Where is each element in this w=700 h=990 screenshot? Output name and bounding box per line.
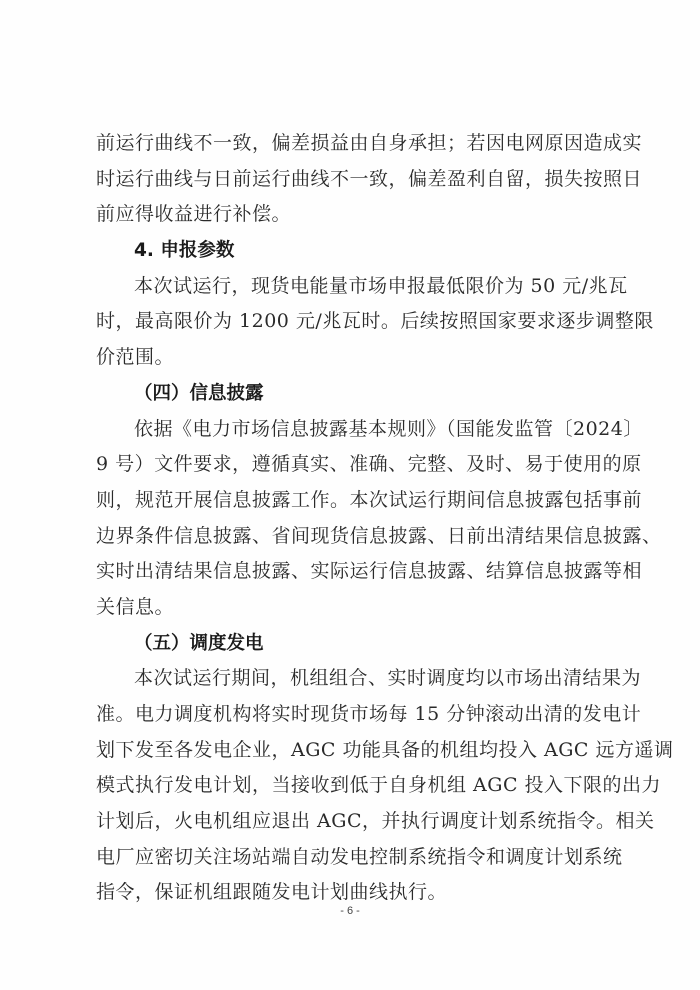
body-line: 9 号）文件要求，遵循真实、准确、完整、及时、易于使用的原 [96,447,610,483]
body-line: 前运行曲线不一致，偏差损益由自身承担；若因电网原因造成实 [96,126,610,162]
body-line: 关信息。 [96,590,610,626]
document-body: 前运行曲线不一致，偏差损益由自身承担；若因电网原因造成实 时运行曲线与日前运行曲… [96,126,610,911]
section-heading-dispatch-generation: （五）调度发电 [96,626,610,662]
section-heading-declaration-parameters: 4. 申报参数 [96,233,610,269]
body-line: 时，最高限价为 1200 元/兆瓦时。后续按照国家要求逐步调整限 [96,304,610,340]
section-heading-information-disclosure: （四）信息披露 [96,376,610,412]
body-line: 价范围。 [96,340,610,376]
body-line: 实时出清结果信息披露、实际运行信息披露、结算信息披露等相 [96,554,610,590]
body-line: 模式执行发电计划，当接收到低于自身机组 AGC 投入下限的出力 [96,768,610,804]
page-number: - 6 - [0,905,700,917]
body-line: 边界条件信息披露、省间现货信息披露、日前出清结果信息披露、 [96,519,610,555]
body-line: 前应得收益进行补偿。 [96,197,610,233]
body-line: 计划后，火电机组应退出 AGC，并执行调度计划系统指令。相关 [96,804,610,840]
body-line: 本次试运行，现货电能量市场申报最低限价为 50 元/兆瓦 [96,269,610,305]
document-page: 前运行曲线不一致，偏差损益由自身承担；若因电网原因造成实 时运行曲线与日前运行曲… [0,0,700,990]
body-line: 依据《电力市场信息披露基本规则》（国能发监管〔2024〕 [96,412,610,448]
body-line: 本次试运行期间，机组组合、实时调度均以市场出清结果为 [96,661,610,697]
body-line: 准。电力调度机构将实时现货市场每 15 分钟滚动出清的发电计 [96,697,610,733]
body-line: 则，规范开展信息披露工作。本次试运行期间信息披露包括事前 [96,483,610,519]
body-line: 电厂应密切关注场站端自动发电控制系统指令和调度计划系统 [96,840,610,876]
body-line: 划下发至各发电企业，AGC 功能具备的机组均投入 AGC 远方遥调 [96,733,610,769]
body-line: 时运行曲线与日前运行曲线不一致，偏差盈利自留，损失按照日 [96,162,610,198]
